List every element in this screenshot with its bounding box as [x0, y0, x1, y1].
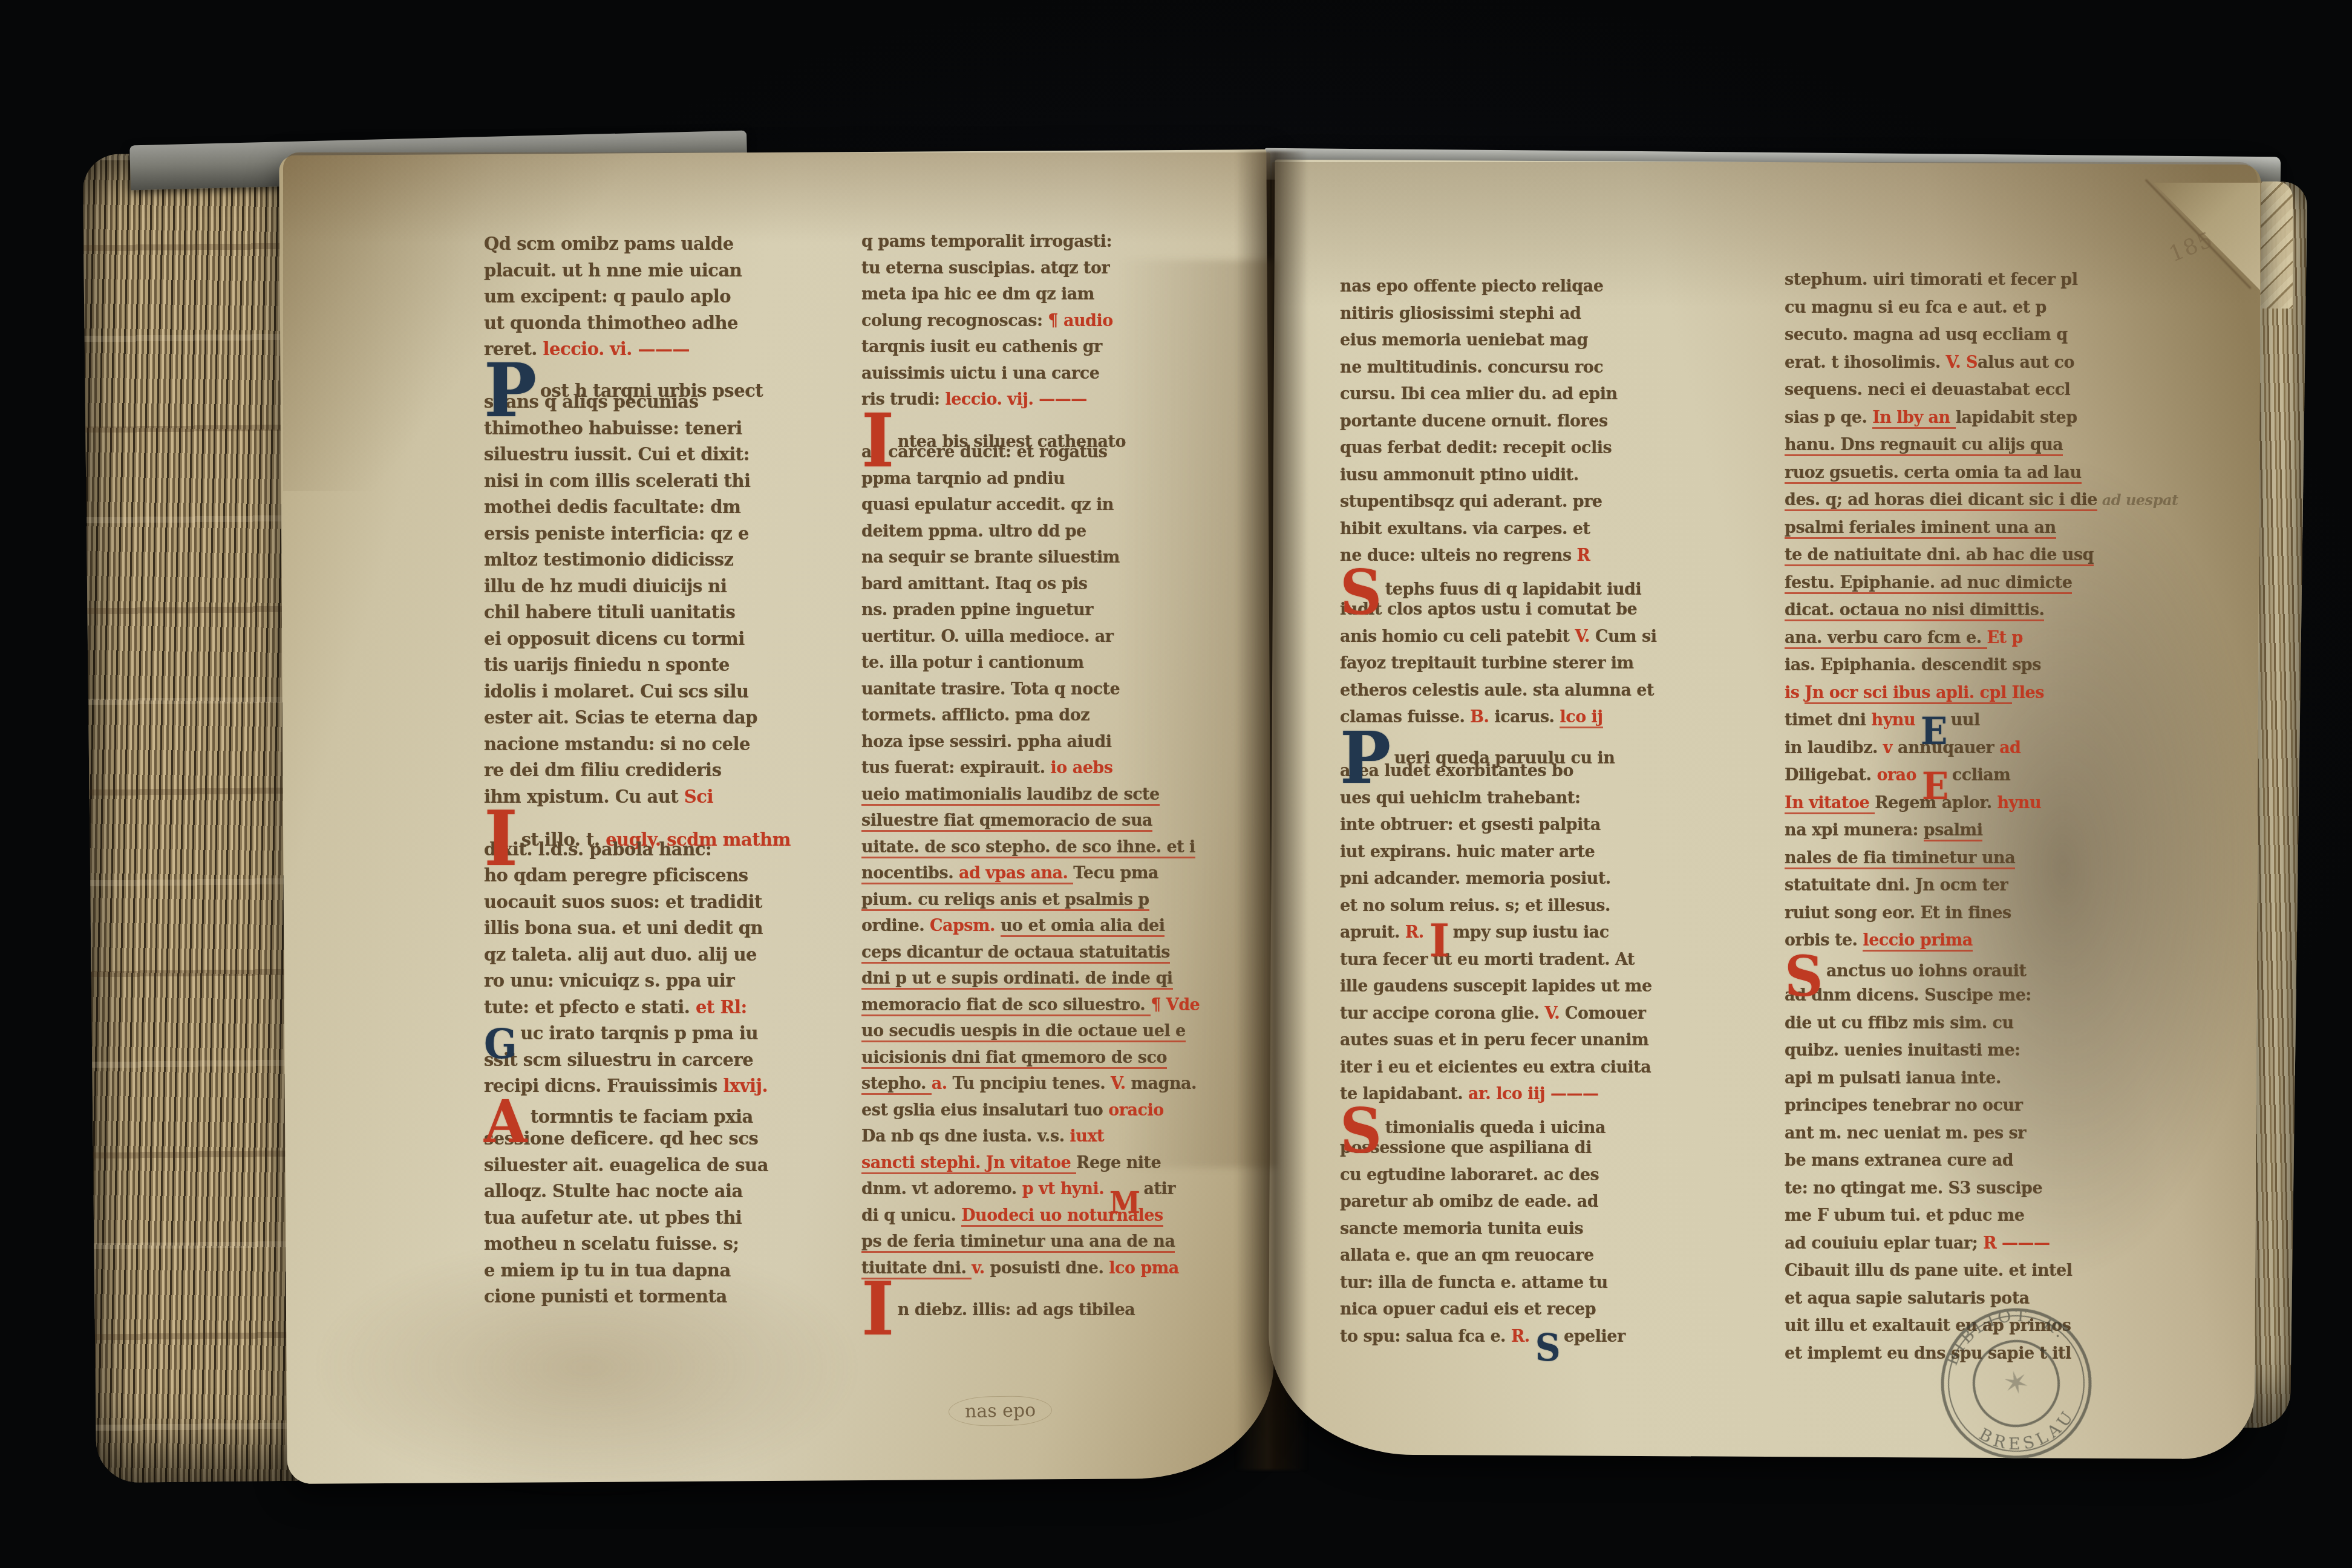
- text-segment: idolis i molaret. Cui scs silu: [484, 681, 749, 702]
- text-column-3: nas epo offente piecto reliqaenitiris gl…: [1340, 273, 1733, 1350]
- text-line: motheu n scelatu fuisse. s;: [484, 1231, 865, 1258]
- text-segment: anis homio cu celi patebit: [1340, 627, 1575, 646]
- text-segment: hynu: [1872, 711, 1921, 730]
- text-line: autes suas et in peru fecer unanim: [1340, 1027, 1733, 1054]
- text-segment: In vitatoe: [1785, 794, 1875, 814]
- text-segment: Et p: [1987, 629, 2023, 647]
- text-segment: iudit clos aptos ustu i comutat be: [1340, 600, 1637, 619]
- text-line: hoza ipse sessiri. ppha aiudi: [861, 729, 1249, 756]
- text-line: recipi dicns. Frauissimis lxvij.: [484, 1073, 865, 1100]
- text-segment: p vt hyni.: [1022, 1180, 1109, 1198]
- text-segment: Iles: [2012, 684, 2044, 702]
- text-line: memoracio fiat de sco siluestro. ¶ Vde: [861, 992, 1249, 1019]
- text-segment: ille gaudens suscepit lapides ut me: [1340, 977, 1652, 996]
- text-line: sessione deficere. qd hec scs: [484, 1126, 865, 1152]
- text-segment: cu magnu si eu fca e aut. et p: [1785, 298, 2047, 317]
- text-segment: ana. verbu caro fcm e.: [1785, 629, 1987, 649]
- text-segment: inte obtruer: et gsesti palpita: [1340, 815, 1601, 834]
- text-segment: Jn ocr sci ibus apli. cpl: [1805, 684, 2011, 704]
- text-segment: cu egtudine laboraret. ac des: [1340, 1166, 1599, 1184]
- text-segment: tura fecer ut eu morti tradent. At: [1340, 950, 1635, 969]
- text-segment: stephum. uiri timorati et fecer pl: [1785, 270, 2078, 289]
- text-segment: illis bona sua. et uni dedit qn: [484, 918, 763, 938]
- text-segment: lapidabit step: [1956, 408, 2077, 427]
- text-line: dicat. octaua no nisi dimittis.: [1785, 596, 2172, 624]
- text-segment: ar. lco iij ———: [1468, 1085, 1598, 1103]
- text-segment: uitate. de sco stepho. de sco ihne. et i: [861, 838, 1195, 858]
- text-segment: nas epo offente piecto reliqae: [1340, 277, 1603, 296]
- text-line: erat. t ihosolimis. V. Salus aut co: [1785, 349, 2172, 377]
- text-segment: motheu n scelatu fuisse. s;: [484, 1233, 739, 1254]
- text-segment: iusu ammonuit ptino uidit.: [1340, 466, 1579, 485]
- text-segment: uertitur. O. uilla medioce. ar: [861, 627, 1113, 646]
- text-segment: hanu. Dns regnauit cu alijs qua: [1785, 436, 2063, 456]
- illuminated-initial: I: [484, 809, 518, 870]
- illuminated-initial: I: [861, 411, 894, 470]
- text-segment: lco ij: [1560, 708, 1602, 728]
- text-segment: ¶ audio: [1048, 312, 1112, 330]
- text-segment: uanitate trasire. Tota q nocte: [861, 680, 1120, 699]
- text-line: illu de hz mudi diuicijs ni: [484, 573, 865, 600]
- text-line: ihm xpistum. Cu aut Sci: [484, 784, 865, 811]
- text-segment: Cibauit illu ds pane uite. et intel: [1785, 1261, 2072, 1280]
- text-segment: paretur ab omibz de eade. ad: [1340, 1192, 1598, 1211]
- text-line: ro unu: vnicuiqz s. ppa uir: [484, 968, 865, 995]
- text-segment: sias p qe.: [1785, 408, 1872, 427]
- text-line: portante ducene ornuit. flores: [1340, 408, 1733, 436]
- text-line: tur: illa de functa e. attame tu: [1340, 1270, 1733, 1297]
- text-segment: cione punisti et tormenta: [484, 1286, 727, 1307]
- text-segment: dicat. octaua no nisi dimittis.: [1785, 601, 2044, 621]
- text-segment: ruoz gsuetis. certa omia ta ad lau: [1785, 463, 2082, 484]
- text-segment: me F ubum tui. et pduc me: [1785, 1206, 2025, 1225]
- text-line: ne duce: ulteis no regrens R: [1340, 543, 1733, 570]
- text-segment: pni adcander. memoria posiut.: [1340, 869, 1611, 888]
- text-segment: ad vpas ana.: [959, 864, 1073, 884]
- text-segment: Comouer: [1565, 1004, 1646, 1023]
- text-segment: V.: [1575, 627, 1595, 646]
- text-line: ut quonda thimotheo adhe: [484, 310, 865, 337]
- text-segment: nisi in com illis scelerati thi: [484, 471, 751, 491]
- text-segment: anctus uo iohns orauit: [1826, 962, 2027, 981]
- text-line: Sanctus uo iohns orauit: [1785, 955, 2172, 982]
- text-line: ille gaudens suscepit lapides ut me: [1340, 973, 1733, 1001]
- text-segment: v.: [972, 1259, 990, 1278]
- text-segment: epelier: [1564, 1327, 1625, 1346]
- text-line: spans q aliqs pecunias: [484, 389, 865, 416]
- text-segment: ne multitudinis. concursu roc: [1340, 358, 1603, 377]
- text-line: di q unicu. Duodeci uo noturnales: [861, 1203, 1249, 1229]
- text-line: alloqz. Stulte hac nocte aia: [484, 1178, 865, 1205]
- text-line: ppma tarqnio ad pndiu: [861, 466, 1249, 492]
- illuminated-initial: S: [1340, 1107, 1382, 1156]
- text-segment: stepho.: [861, 1074, 932, 1095]
- text-segment: die ut cu ffibz mis sim. cu: [1785, 1014, 2014, 1033]
- text-line: uocauit suos suos: et tradidit: [484, 889, 865, 916]
- text-line: Cibauit illu ds pane uite. et intel: [1785, 1257, 2172, 1285]
- text-line: ueio matimonialis laudibz de scte: [861, 782, 1249, 808]
- text-line: tura fecer ut eu morti tradent. At: [1340, 947, 1733, 974]
- text-segment: secuto. magna ad usq eccliam q: [1785, 325, 2068, 344]
- text-line: fayoz trepitauit turbine sterer im: [1340, 650, 1733, 678]
- text-segment: ad carcere ducit: et rogatus: [861, 443, 1107, 462]
- text-segment: Cum si: [1595, 627, 1657, 646]
- text-line: Post h tarqni urbis psect: [484, 363, 865, 390]
- text-segment: posuisti dne.: [990, 1259, 1109, 1278]
- text-segment: lxvij.: [723, 1076, 768, 1096]
- text-line: um excipent: q paulo aplo: [484, 284, 865, 310]
- text-segment: alloqz. Stulte hac nocte aia: [484, 1181, 743, 1201]
- text-segment: ¶ Vde: [1151, 996, 1200, 1014]
- text-segment: ersis peniste interficia: qz e: [484, 523, 749, 544]
- text-segment: oracio: [1108, 1101, 1163, 1120]
- text-line: ad dnm dicens. Suscipe me:: [1785, 982, 2172, 1010]
- text-line: ordine. Capsm. uo et omia alia dei: [861, 913, 1249, 939]
- text-segment: dixit. l.d.s. pabola hanc:: [484, 839, 711, 860]
- text-line: paretur ab omibz de eade. ad: [1340, 1189, 1733, 1216]
- illuminated-initial: P: [484, 361, 537, 420]
- text-line: allata e. que an qm reuocare: [1340, 1243, 1733, 1270]
- text-segment: quasi epulatur accedit. qz in: [861, 495, 1114, 514]
- text-segment: et no solum reius. s; et illesus.: [1340, 897, 1610, 915]
- text-line: Stimonialis queda i uicina: [1340, 1108, 1733, 1135]
- text-line: be mans extranea cure ad: [1785, 1147, 2172, 1175]
- text-segment: tormets. afflicto. pma doz: [861, 706, 1089, 725]
- illuminated-initial: A: [484, 1099, 527, 1145]
- text-segment: statuitate dni. Jn ocm ter: [1785, 876, 2008, 895]
- text-segment: Sci: [684, 786, 713, 807]
- text-segment: cursu. Ibi cea mlier du. ad epin: [1340, 385, 1618, 403]
- text-segment: leccio. vi. ———: [543, 339, 690, 359]
- illuminated-initial: E: [1922, 772, 1949, 802]
- text-segment: Tu pncipiu tenes.: [953, 1074, 1111, 1093]
- text-line: secuto. magna ad usq eccliam q: [1785, 321, 2172, 349]
- text-segment: hoza ipse sessiri. ppha aiudi: [861, 733, 1111, 751]
- text-segment: q pams temporalit irrogasti:: [861, 232, 1112, 251]
- text-line: tua aufetur ate. ut pbes thi: [484, 1205, 865, 1232]
- text-segment: tis uarijs finiedu n sponte: [484, 655, 730, 675]
- text-line: te: no qtingat me. S3 suscipe: [1785, 1175, 2172, 1203]
- text-line: deitem ppma. ultro dd pe: [861, 518, 1249, 545]
- text-segment: V.: [1544, 1004, 1565, 1023]
- text-line: Pueri queda paruulu cu in: [1340, 731, 1733, 759]
- text-segment: Da nb qs dne iusta. v.s.: [861, 1127, 1070, 1146]
- text-line: cu egtudine laboraret. ac des: [1340, 1162, 1733, 1189]
- illuminated-initial: P: [1340, 730, 1391, 786]
- text-line: ris trudi: leccio. vij. ———: [861, 387, 1249, 413]
- manuscript-photo: Qd scm omibz pams ualdeplacuit. ut h nne…: [0, 0, 2352, 1568]
- text-segment: atir: [1143, 1180, 1175, 1198]
- text-line: me F ubum tui. et pduc me: [1785, 1202, 2172, 1230]
- text-segment: ad couiuiu eplar tuar;: [1785, 1234, 1983, 1253]
- text-segment: leccio. vij. ———: [945, 390, 1086, 409]
- text-segment: te de natiuitate dni. ab hac die usq: [1785, 546, 2094, 566]
- text-segment: tua aufetur ate. ut pbes thi: [484, 1207, 742, 1228]
- text-line: dni p ut e supis ordinati. de inde qi: [861, 965, 1249, 992]
- text-segment: Capsm.: [930, 916, 1001, 935]
- text-line: Guc irato tarqnis p pma iu: [484, 1021, 865, 1047]
- text-line: ad couiuiu eplar tuar; R ———: [1785, 1230, 2172, 1258]
- text-segment: ordine.: [861, 916, 930, 935]
- text-line: te lapidabant. ar. lco iij ———: [1340, 1081, 1733, 1108]
- text-segment: R ———: [1983, 1234, 2050, 1253]
- text-segment: uocauit suos suos: et tradidit: [484, 892, 762, 912]
- text-segment: R.: [1511, 1327, 1535, 1346]
- text-line: te. illa potur i cantionum: [861, 650, 1249, 676]
- text-line: to spu: salua fca e. R. Sepelier: [1340, 1324, 1733, 1351]
- text-line: placuit. ut h nne mie uican: [484, 258, 865, 284]
- text-segment: etheros celestis aule. sta alumna et: [1340, 681, 1654, 700]
- text-segment: eius memoria ueniebat mag: [1340, 331, 1588, 350]
- text-line: tus fuerat: expirauit. io aebs: [861, 755, 1249, 782]
- text-segment: re dei dm filiu credideris: [484, 760, 721, 780]
- text-line: e miem ip tu in tua dapna: [484, 1258, 865, 1284]
- text-segment: to spu: salua fca e.: [1340, 1327, 1511, 1346]
- text-line: ceps dicantur de octaua statuitatis: [861, 939, 1249, 966]
- text-line: nisi in com illis scelerati thi: [484, 468, 865, 495]
- text-segment: nacione mstandu: si no cele: [484, 734, 750, 754]
- text-segment: timet dni: [1785, 711, 1872, 730]
- illuminated-initial: S: [1535, 1333, 1560, 1362]
- text-line: sias p qe. In lby an lapidabit step: [1785, 404, 2172, 432]
- text-segment: Qd scm omibz pams ualde: [484, 234, 734, 254]
- text-segment: iter i eu et eicientes eu extra ciuita: [1340, 1058, 1651, 1077]
- text-line: siluestru iussit. Cui et dixit:: [484, 442, 865, 468]
- text-segment: na sequir se brante siluestim: [861, 548, 1120, 567]
- text-segment: tur: illa de functa e. attame tu: [1340, 1273, 1608, 1292]
- text-segment: n diebz. illis: ad ags tibilea: [898, 1301, 1135, 1319]
- text-line: reret. leccio. vi. ———: [484, 336, 865, 363]
- text-line: Ist illo. t. eugly. scdm mathm: [484, 810, 865, 837]
- text-segment: io aebs: [1050, 759, 1112, 777]
- text-line: et no solum reius. s; et illesus.: [1340, 893, 1733, 920]
- text-segment: ad uespat: [2097, 491, 2178, 509]
- text-segment: dni p ut e supis ordinati. de inde qi: [861, 969, 1173, 990]
- text-segment: nocentibs.: [861, 864, 959, 884]
- text-segment: ho qdam peregre pficiscens: [484, 865, 748, 886]
- text-segment: est gslia eius insalutari tuo: [861, 1101, 1108, 1120]
- text-column-4: stephum. uiri timorati et fecer plcu mag…: [1785, 266, 2172, 1367]
- text-line: des. q; ad horas diei dicant sic i die a…: [1785, 486, 2172, 514]
- text-segment: uc irato tarqnis p pma iu: [520, 1023, 758, 1044]
- text-segment: fayoz trepitauit turbine sterer im: [1340, 654, 1634, 673]
- text-segment: Diligebat.: [1785, 766, 1877, 785]
- text-segment: Tecu pma: [1073, 864, 1158, 883]
- text-segment: tephs fuus di q lapidabit iudi: [1385, 580, 1641, 599]
- text-segment: mothei dedis facultate: dm: [484, 497, 740, 517]
- text-line: Qd scm omibz pams ualde: [484, 231, 865, 258]
- text-segment: B.: [1470, 708, 1494, 727]
- text-line: die ut cu ffibz mis sim. cu: [1785, 1010, 2172, 1037]
- text-line: tu eterna suscipias. atqz tor: [861, 255, 1249, 282]
- illuminated-initial: S: [1340, 569, 1382, 618]
- text-line: nica opuer cadui eis et recep: [1340, 1296, 1733, 1324]
- illuminated-initial: I: [861, 1280, 894, 1339]
- text-segment: nales de fia timinetur una: [1785, 849, 2015, 869]
- text-segment: ccliam: [1952, 766, 2010, 785]
- text-line: ersis peniste interficia: qz e: [484, 521, 865, 547]
- text-segment: sancte memoria tunita euis: [1340, 1220, 1583, 1238]
- text-line: timet dni hynu Euul: [1785, 707, 2172, 734]
- text-segment: uo secudis uespis in die octaue uel e: [861, 1022, 1186, 1042]
- text-segment: auissimis uictu i una carce: [861, 364, 1099, 383]
- text-segment: siluestre fiat qmemoracio de sua: [861, 811, 1152, 832]
- text-segment: hynu: [1997, 794, 2041, 812]
- text-segment: a.: [932, 1074, 953, 1093]
- text-segment: nitiris gliosissimi stephi ad: [1340, 304, 1581, 323]
- text-segment: ceps dicantur de octaua statuitatis: [861, 943, 1170, 964]
- text-line: Da nb qs dne iusta. v.s. iuxt: [861, 1123, 1249, 1150]
- text-segment: R: [1577, 546, 1590, 565]
- text-segment: erat. t ihosolimis.: [1785, 353, 1946, 372]
- text-segment: autes suas et in peru fecer unanim: [1340, 1031, 1648, 1050]
- text-segment: bard amittant. Itaq os pis: [861, 575, 1087, 593]
- text-line: mltoz testimonio didicissz: [484, 547, 865, 573]
- text-line: dixit. l.d.s. pabola hanc:: [484, 837, 865, 863]
- text-segment: stupentibsqz qui aderant. pre: [1340, 492, 1602, 511]
- text-segment: hibit exultans. via carpes. et: [1340, 520, 1590, 538]
- text-line: inte obtruer: et gsesti palpita: [1340, 812, 1733, 839]
- text-segment: et Rl:: [696, 997, 747, 1018]
- text-segment: allata e. que an qm reuocare: [1340, 1246, 1594, 1265]
- text-segment: pium. cu reliqs anis et psalmis p: [861, 890, 1149, 911]
- text-segment: tu eterna suscipias. atqz tor: [861, 259, 1109, 278]
- text-segment: iut expirans. huic mater arte: [1340, 843, 1595, 861]
- text-line: anis homio cu celi patebit V. Cum si: [1340, 624, 1733, 651]
- text-segment: V.: [1111, 1074, 1131, 1093]
- text-line: possessione que aspiliana di: [1340, 1135, 1733, 1162]
- text-segment: ei opposuit dicens cu tormi: [484, 629, 745, 649]
- text-line: mothei dedis facultate: dm: [484, 494, 865, 521]
- text-segment: api m pulsati ianua inte.: [1785, 1069, 2001, 1088]
- text-line: quibz. uenies inuitasti me:: [1785, 1037, 2172, 1065]
- text-segment: na xpi munera:: [1785, 821, 1924, 840]
- text-line: principes tenebrar no ocur: [1785, 1092, 2172, 1120]
- text-line: tis uarijs finiedu n sponte: [484, 652, 865, 679]
- text-line: quas ferbat dedit: recepit oclis: [1340, 435, 1733, 462]
- text-line: eius memoria ueniebat mag: [1340, 327, 1733, 354]
- text-segment: portante ducene ornuit. flores: [1340, 412, 1608, 431]
- text-line: hibit exultans. via carpes. et: [1340, 516, 1733, 543]
- text-line: cursu. Ibi cea mlier du. ad epin: [1340, 381, 1733, 408]
- text-line: quasi epulatur accedit. qz in: [861, 492, 1249, 518]
- text-segment: sancti stephi. Jn vitatoe: [861, 1154, 1076, 1174]
- text-line: nales de fia timinetur una: [1785, 844, 2172, 872]
- text-line: In diebz. illis: ad ags tibilea: [861, 1281, 1249, 1308]
- text-segment: memoracio fiat de sco siluestro.: [861, 996, 1151, 1016]
- text-line: area ludet exorbitantes bo: [1340, 758, 1733, 785]
- text-line: ruiut song eor. Et in fines: [1785, 900, 2172, 927]
- text-segment: tus fuerat: expirauit.: [861, 759, 1050, 777]
- text-segment: V. S: [1946, 353, 1978, 372]
- text-segment: R.: [1405, 923, 1429, 942]
- text-segment: colung recognoscas:: [861, 312, 1048, 330]
- text-line: stephum. uiri timorati et fecer pl: [1785, 266, 2172, 294]
- text-line: qz taleta. alij aut duo. alij ue: [484, 942, 865, 969]
- text-line: etheros celestis aule. sta alumna et: [1340, 678, 1733, 705]
- text-segment: dnm. vt adoremo.: [861, 1180, 1022, 1198]
- text-line: ssit scm siluestru in carcere: [484, 1047, 865, 1074]
- text-line: ps de feria timinetur una ana de na: [861, 1229, 1249, 1255]
- text-line: statuitate dni. Jn ocm ter: [1785, 872, 2172, 900]
- text-line: dnm. vt adoremo. p vt hyni. Matir: [861, 1176, 1249, 1203]
- text-line: nitiris gliosissimi stephi ad: [1340, 301, 1733, 328]
- text-line: uanitate trasire. Tota q nocte: [861, 676, 1249, 703]
- text-line: ant m. nec ueniat m. pes sr: [1785, 1120, 2172, 1148]
- text-line: est gslia eius insalutari tuo oracio: [861, 1097, 1249, 1124]
- text-line: siluestre fiat qmemoracio de sua: [861, 808, 1249, 834]
- text-segment: quas ferbat dedit: recepit oclis: [1340, 439, 1612, 457]
- text-line: Stephs fuus di q lapidabit iudi: [1340, 570, 1733, 597]
- text-segment: ssit scm siluestru in carcere: [484, 1050, 753, 1070]
- text-segment: leccio prima: [1863, 931, 1972, 952]
- text-segment: ueio matimonialis laudibz de scte: [861, 785, 1160, 806]
- text-line: cu magnu si eu fca e aut. et p: [1785, 294, 2172, 322]
- text-line: uitate. de sco stepho. de sco ihne. et i: [861, 834, 1249, 861]
- text-segment: placuit. ut h nne mie uican: [484, 260, 742, 281]
- text-line: Atormntis te faciam pxia: [484, 1100, 865, 1126]
- text-line: nacione mstandu: si no cele: [484, 731, 865, 758]
- text-segment: tur accipe corona glie.: [1340, 1004, 1544, 1023]
- text-segment: siluestru iussit. Cui et dixit:: [484, 444, 750, 465]
- text-line: Intea bis siluest cathenato: [861, 413, 1249, 440]
- text-line: sancte memoria tunita euis: [1340, 1216, 1733, 1243]
- text-segment: is: [1785, 684, 1805, 702]
- text-line: clamas fuisse. B. icarus. lco ij: [1340, 704, 1733, 731]
- text-segment: des. q; ad horas diei dicant sic i die: [1785, 491, 2097, 511]
- text-segment: ias. Epiphania. descendit sps: [1785, 656, 2041, 675]
- text-column-1: Qd scm omibz pams ualdeplacuit. ut h nne…: [484, 231, 865, 1310]
- text-line: uo secudis uespis in die octaue uel e: [861, 1018, 1249, 1045]
- text-segment: timonialis queda i uicina: [1385, 1119, 1606, 1137]
- text-line: ues qui uehiclm trahebant:: [1340, 785, 1733, 812]
- text-line: apruit. R. Impy sup iustu iac: [1340, 920, 1733, 947]
- text-line: stepho. a. Tu pncipiu tenes. V. magna.: [861, 1071, 1249, 1097]
- text-segment: be mans extranea cure ad: [1785, 1151, 2013, 1170]
- text-segment: meta ipa hic ee dm qz iam: [861, 285, 1094, 304]
- text-line: ruoz gsuetis. certa omia ta ad lau: [1785, 459, 2172, 487]
- text-line: iter i eu et eicientes eu extra ciuita: [1340, 1054, 1733, 1082]
- text-line: tarqnis iusit eu cathenis gr: [861, 334, 1249, 361]
- text-segment: psalmi feriales iminent una an: [1785, 518, 2056, 539]
- text-segment: deitem ppma. ultro dd pe: [861, 522, 1086, 541]
- text-line: ana. verbu caro fcm e. Et p: [1785, 624, 2172, 652]
- text-line: illis bona sua. et uni dedit qn: [484, 915, 865, 942]
- text-segment: um excipent: q paulo aplo: [484, 286, 731, 307]
- text-segment: ut quonda thimotheo adhe: [484, 313, 738, 333]
- illuminated-initial: G: [484, 1028, 517, 1061]
- text-segment: orao: [1877, 766, 1922, 785]
- text-segment: iuxt: [1070, 1127, 1104, 1146]
- text-line: idolis i molaret. Cui scs silu: [484, 679, 865, 705]
- text-line: ias. Epiphania. descendit sps: [1785, 652, 2172, 679]
- text-line: orbis te. leccio prima: [1785, 927, 2172, 955]
- text-line: Diligebat. orao Eccliam: [1785, 762, 2172, 789]
- text-line: colung recognoscas: ¶ audio: [861, 308, 1249, 335]
- text-segment: uo et omia alia dei: [1001, 916, 1165, 937]
- text-segment: magna.: [1131, 1074, 1197, 1093]
- text-line: ei opposuit dicens cu tormi: [484, 626, 865, 653]
- text-line: cione punisti et tormenta: [484, 1284, 865, 1310]
- text-segment: qz taleta. alij aut duo. alij ue: [484, 944, 757, 965]
- text-line: ad carcere ducit: et rogatus: [861, 439, 1249, 466]
- text-line: nocentibs. ad vpas ana. Tecu pma: [861, 860, 1249, 887]
- text-segment: di q unicu.: [861, 1206, 961, 1225]
- text-line: siluester ait. euagelica de sua: [484, 1152, 865, 1179]
- text-segment: siluester ait. euagelica de sua: [484, 1155, 768, 1175]
- text-line: ho qdam peregre pficiscens: [484, 863, 865, 889]
- text-line: tormets. afflicto. pma doz: [861, 702, 1249, 729]
